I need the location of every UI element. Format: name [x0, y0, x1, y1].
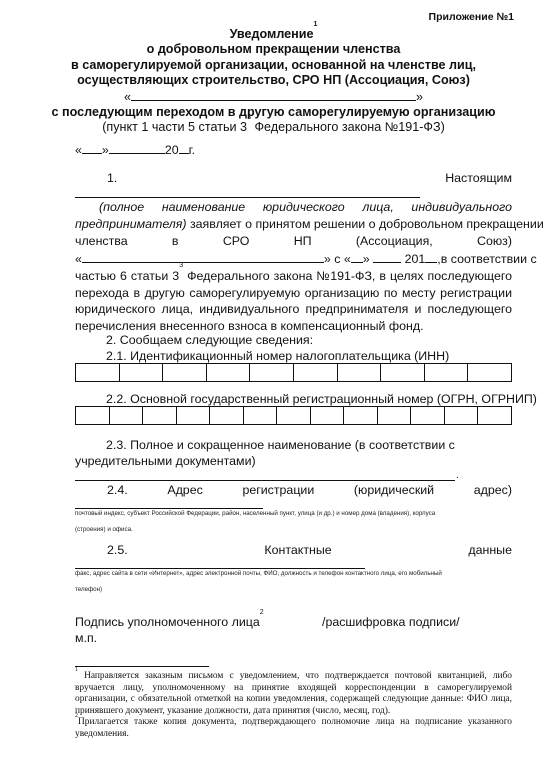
stamp-label: м.п.: [75, 631, 97, 645]
ogrn-digit-cell[interactable]: [143, 407, 177, 424]
contacts-line: 2.5. Контактные данные: [75, 543, 512, 557]
ogrn-digit-cell[interactable]: [378, 407, 412, 424]
ogrn-digit-cell[interactable]: [210, 407, 244, 424]
footnote-2: 2Прилагается также копия документа, подт…: [75, 717, 512, 740]
footnote-1: 1 Направляется заказным письмом с уведом…: [75, 671, 512, 717]
address-line: 2.4. Адрес регистрации (юридический адре…: [75, 483, 512, 497]
title-org-name-field[interactable]: «»: [0, 89, 547, 105]
footnote-ref-1: 1: [314, 21, 318, 28]
ogrn-digit-cell[interactable]: [244, 407, 278, 424]
applicant-name-blank[interactable]: [75, 197, 420, 198]
ogrn-digit-cell[interactable]: [478, 407, 511, 424]
ogrn-digit-cell[interactable]: [177, 407, 211, 424]
inn-digit-cell[interactable]: [76, 364, 120, 381]
ogrn-digit-cell[interactable]: [311, 407, 345, 424]
appendix-label: Приложение №1: [429, 11, 514, 23]
year-blank[interactable]: [179, 142, 189, 154]
org-name-blank[interactable]: [131, 89, 416, 101]
document-title: Уведомление1 о добровольном прекращении …: [0, 27, 547, 136]
full-name-blank[interactable]: [75, 480, 455, 481]
section1-line-4[interactable]: «» с «» 201,в соответствии с: [75, 251, 512, 266]
ogrn-label: 2.2. Основной государственный регистраци…: [106, 392, 543, 406]
inn-digit-cell[interactable]: [120, 364, 164, 381]
signature-decode: /расшифровка подписи/: [322, 615, 460, 629]
ogrn-digit-cell[interactable]: [277, 407, 311, 424]
ogrn-digit-cell[interactable]: [411, 407, 445, 424]
date-line[interactable]: «»20г.: [75, 142, 512, 157]
name-trailing-dot: .: [456, 470, 459, 481]
inn-digit-cell[interactable]: [425, 364, 469, 381]
title-line-2: о добровольном прекращении членства: [0, 42, 547, 57]
inn-digit-cell[interactable]: [338, 364, 382, 381]
address-hint: почтовый индекс, субъект Российской Феде…: [75, 506, 512, 538]
member-day-blank[interactable]: [351, 251, 363, 263]
contacts-hint: факс, адрес сайта в сети «Интернет», адр…: [75, 566, 512, 598]
ogrn-input-grid[interactable]: [75, 406, 512, 425]
inn-input-grid[interactable]: [75, 363, 512, 382]
name-label-line-2: учредительными документами): [75, 454, 512, 468]
section1-hint-line: (полное наименование юридического лица, …: [75, 200, 512, 214]
inn-digit-cell[interactable]: [250, 364, 294, 381]
ogrn-digit-cell[interactable]: [110, 407, 144, 424]
name-label-line-1: 2.3. Полное и сокращенное наименование (…: [106, 438, 543, 452]
signature-label: Подпись уполномоченного лица2: [75, 615, 264, 629]
inn-label: 2.1. Идентификационный номер налогоплате…: [106, 349, 543, 363]
title-line-3: в саморегулируемой организации, основанн…: [0, 58, 547, 73]
ogrn-digit-cell[interactable]: [344, 407, 378, 424]
ogrn-digit-cell[interactable]: [76, 407, 110, 424]
inn-digit-cell[interactable]: [163, 364, 207, 381]
title-line-1: Уведомление1: [0, 27, 547, 42]
footnote-separator: [75, 666, 209, 667]
section1-line-2: предпринимателя) заявляет о принятом реш…: [75, 217, 512, 231]
section1-line-3: членства в СРО НП (Ассоциация, Союз): [75, 234, 512, 248]
inn-digit-cell[interactable]: [294, 364, 338, 381]
title-line-4: осуществляющих строительство, СРО НП (Ас…: [0, 73, 547, 88]
day-blank[interactable]: [82, 142, 102, 154]
section1-first-line: 1. Настоящим: [75, 171, 512, 185]
section2-heading: 2. Сообщаем следующие сведения:: [106, 333, 543, 347]
inn-digit-cell[interactable]: [468, 364, 511, 381]
footnotes: 1 Направляется заказным письмом с уведом…: [75, 671, 512, 741]
title-line-6: с последующим переходом в другую саморег…: [0, 105, 547, 120]
member-year-blank[interactable]: [425, 251, 437, 263]
title-line-7: (пункт 1 части 5 статьи 33 Федерального …: [0, 120, 547, 135]
document-page: Приложение №1 Уведомление1 о добровольно…: [0, 0, 547, 776]
member-month-blank[interactable]: [373, 251, 401, 263]
sro-name-blank[interactable]: [82, 251, 324, 263]
inn-digit-cell[interactable]: [207, 364, 251, 381]
month-blank[interactable]: [109, 142, 165, 154]
section1-body: частью 6 статьи 33 Федерального закона №…: [75, 268, 512, 334]
inn-digit-cell[interactable]: [381, 364, 425, 381]
ogrn-digit-cell[interactable]: [445, 407, 479, 424]
